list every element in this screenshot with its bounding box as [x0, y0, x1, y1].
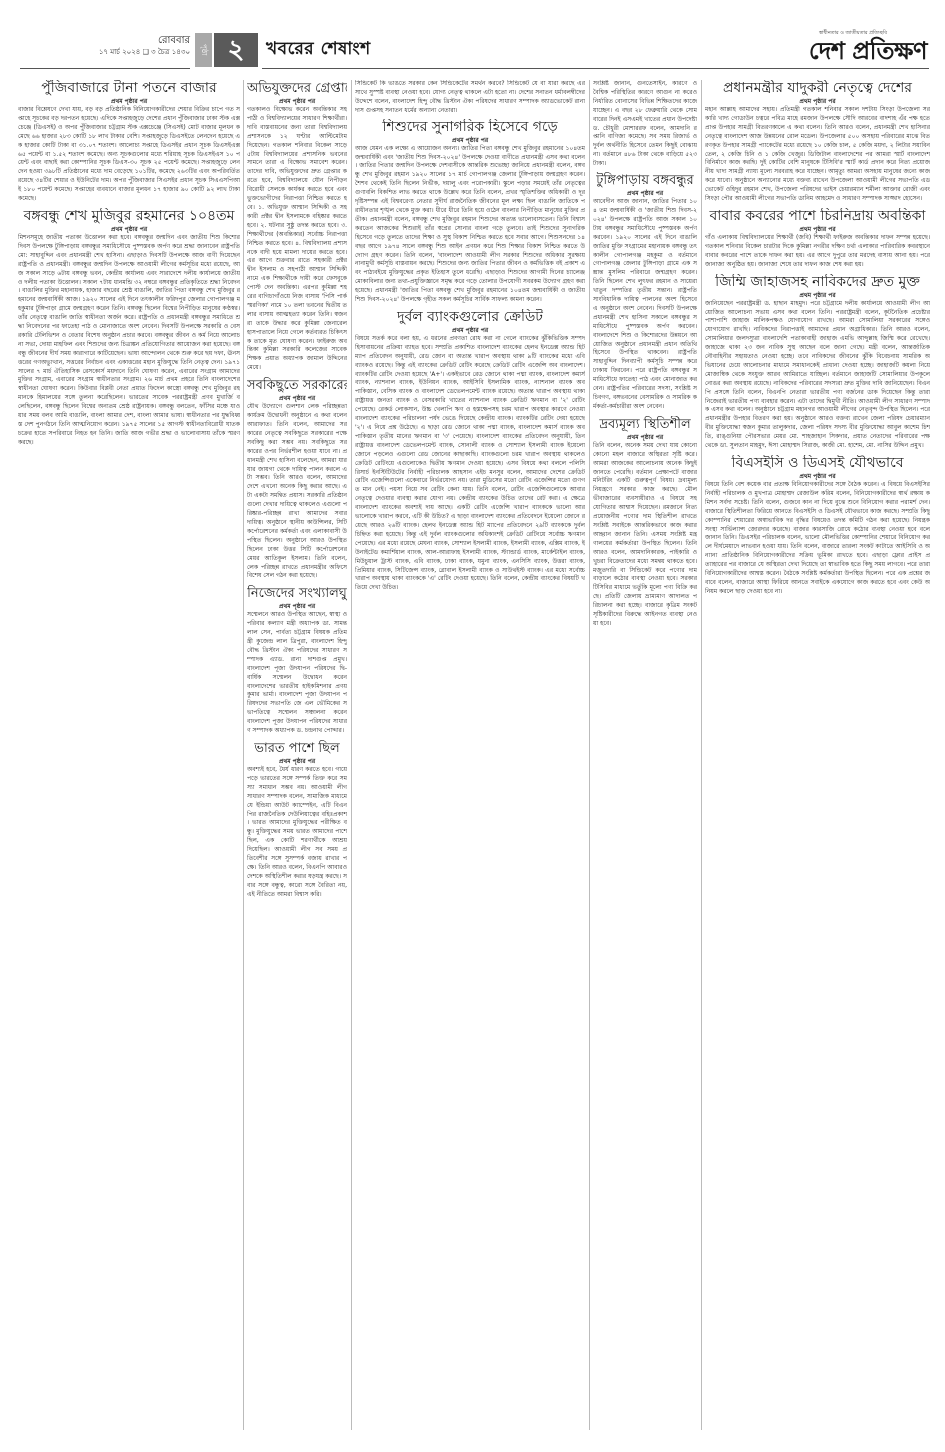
article-body: যৌথ উদ্যোগে গুলশান লেক পরিচ্ছন্নতা কার্য…: [247, 403, 347, 581]
continued-from-label: প্রথম পৃষ্ঠার পর: [355, 326, 585, 335]
article-pm-leadership: প্রধানমন্ত্রীর যাদুকরী নেতৃত্বে দেশের প্…: [705, 80, 930, 204]
continued-from-label: প্রথম পৃষ্ঠার পর: [18, 225, 240, 234]
section-title: খবরের শেষাংশ: [266, 36, 371, 64]
article-continuation: সিন্ডিকেট কি ভাঙতে সরকার কেন সিন্ডিকেটের…: [355, 80, 585, 116]
continued-from-label: প্রথম পৃষ্ঠার পর: [18, 97, 240, 106]
headline: ভারত পাশে ছিল: [247, 740, 347, 757]
article-hostage-ship: জিম্মি জাহাজসহ নাবিকদের দ্রুত মুক্ত প্রথ…: [705, 274, 930, 451]
headline: নিজেদের সংখ্যালঘু: [247, 585, 347, 602]
article-body: তিনি বলেন, অনেক সময় দেখা যায় কোনো কোনো…: [593, 442, 697, 629]
continued-from-label: প্রথম পৃষ্ঠার পর: [593, 189, 697, 198]
article-minority: নিজেদের সংখ্যালঘু প্রথম পৃষ্ঠার পর সম্মে…: [247, 585, 347, 736]
article-body: মহান আল্লাহ আমাদের সহায়। প্রতিমন্ত্রী গ…: [705, 106, 930, 204]
page-number-badge: পৃষ্ঠা ২: [195, 33, 258, 67]
article-body: বিষয়ে সতর্ক করে বলা হয়, এ ধরনের প্রবণত…: [355, 335, 585, 593]
continued-from-label: প্রথম পৃষ্ঠার পর: [705, 472, 930, 481]
article-india-beside: ভারত পাশে ছিল প্রথম পৃষ্ঠার পর অবশ্যই হব…: [247, 740, 347, 900]
article-bangabandhu-104: বঙ্গবন্ধু শেখ মুজিবুর রহমানের ১০৪তম প্রথ…: [18, 208, 240, 448]
continued-from-label: প্রথম পৃষ্ঠার পর: [247, 602, 347, 611]
article-body: জানিয়েছেন পররাষ্ট্রমন্ত্রী ড. হাছান মাহ…: [705, 300, 930, 451]
column-middle: সিন্ডিকেট কি ভাঙতে সরকার কেন সিন্ডিকেটের…: [355, 80, 585, 1440]
headline: দ্রব্যমূল্য স্থিতিশীল: [593, 416, 697, 433]
column-left: পুঁজিবাজারে টানা পতনে বাজার প্রথম পৃষ্ঠা…: [18, 80, 240, 1440]
headline: টুঙ্গিপাড়ায় বঙ্গবন্ধুর: [593, 172, 697, 189]
headline: পুঁজিবাজারে টানা পতনে বাজার: [18, 80, 240, 97]
article-body: মিশনসমূহে জাতীয় পতাকা উত্তোলন করা হবে। …: [18, 234, 240, 448]
headline: প্রধানমন্ত্রীর যাদুকরী নেতৃত্বে দেশের: [705, 80, 930, 97]
column-divider: [701, 80, 702, 1430]
continued-from-label: প্রথম পৃষ্ঠার পর: [705, 225, 930, 234]
article-weak-banks-credit: দুর্বল ব্যাংকগুলোর ক্রেডিট প্রথম পৃষ্ঠার…: [355, 309, 585, 593]
headline: বঙ্গবন্ধু শেখ মুজিবুর রহমানের ১০৪তম: [18, 208, 240, 225]
column-3: অভিযুক্তদের গ্রেপ্তারে প্রথম পৃষ্ঠার পর …: [247, 80, 347, 1440]
masthead: রোববার ১৭ মার্চ ২০২৪ ❑ ৩ চৈত্র ১৪৩০ পৃষ্…: [0, 30, 945, 70]
headline: শিশুদের সুনাগরিক হিসেবে গড়ে: [355, 119, 585, 136]
headline: বাবার কবরের পাশে চিরনিদ্রায় অবন্তিকা: [705, 208, 930, 225]
article-body: অবশ্যই হবে, ধৈর্য ধারণ করতে হবে। গায়ে প…: [247, 766, 347, 900]
continued-from-label: প্রথম পৃষ্ঠার পর: [705, 291, 930, 300]
continued-from-label: প্রথম পৃষ্ঠার পর: [705, 97, 930, 106]
article-bsec-dse: বিএসইসি ও ডিএসই যৌথভাবে প্রথম পৃষ্ঠার পর…: [705, 455, 930, 597]
column-divider: [243, 80, 244, 1430]
article-body: বিষয়ে তিনি বেশ কয়েক বার প্রত্যক্ষ বিনি…: [705, 481, 930, 597]
issue-date-block: রোববার ১৭ মার্চ ২০২৪ ❑ ৩ চৈত্র ১৪৩০: [60, 34, 190, 58]
article-body: সম্মেলনে আরও উপস্থিত আছেন, স্বাস্থ্য ও প…: [247, 611, 347, 736]
continued-from-label: প্রথম পৃষ্ঠার পর: [247, 97, 347, 106]
masthead-divider: [262, 68, 929, 69]
issue-date: ১৭ মার্চ ২০২৪ ❑ ৩ চৈত্র ১৪৩০: [60, 47, 190, 58]
page-label: পৃষ্ঠা: [195, 33, 212, 67]
article-body: বাজার বিশ্লেষণে দেখা যায়, বড় বড় প্রতি…: [18, 106, 240, 204]
column-5: সংশ্লিষ্ট জানান, গুনতেসাইন, কারণে ও বৈশ্…: [593, 80, 697, 1440]
headline: অভিযুক্তদের গ্রেপ্তারে: [247, 80, 347, 97]
article-body: গতকালও বিক্ষোভ করেন অবন্তিকার সহপাঠী ও ব…: [247, 106, 347, 373]
continued-from-label: প্রথম পৃষ্ঠার পর: [593, 433, 697, 442]
newspaper-logo: স্বাধীনতার ও জাতীয়তার প্রতিচ্ছবি দেশ প্…: [809, 30, 927, 65]
newspaper-name: দেশ প্রতিক্ষণ: [809, 37, 927, 65]
article-abantika-burial: বাবার কবরের পাশে চিরনিদ্রায় অবন্তিকা প্…: [705, 208, 930, 270]
headline: জিম্মি জাহাজসহ নাবিকদের দ্রুত মুক্ত: [705, 274, 930, 291]
article-government-everything: সবকিছুতে সরকারের প্রথম পৃষ্ঠার পর যৌথ উদ…: [247, 377, 347, 581]
article-body: গাঁও এলাকায় বিশ্ববিদ্যালয়ের শিক্ষার্থী…: [705, 234, 930, 270]
article-continuation: সংশ্লিষ্ট জানান, গুনতেসাইন, কারণে ও বৈশ্…: [593, 80, 697, 169]
article-stock-market: পুঁজিবাজারে টানা পতনে বাজার প্রথম পৃষ্ঠা…: [18, 80, 240, 204]
continued-from-label: প্রথম পৃষ্ঠার পর: [247, 757, 347, 766]
headline: বিএসইসি ও ডিএসই যৌথভাবে: [705, 455, 930, 472]
article-body: আবেদীন আজ জানান, জাতির পিতার ১০৪ তম জন্ম…: [593, 198, 697, 412]
column-divider: [589, 80, 590, 1430]
column-right: প্রধানমন্ত্রীর যাদুকরী নেতৃত্বে দেশের প্…: [705, 80, 930, 1440]
article-tungipara: টুঙ্গিপাড়ায় বঙ্গবন্ধুর প্রথম পৃষ্ঠার প…: [593, 172, 697, 412]
article-children-citizens: শিশুদের সুনাগরিক হিসেবে গড়ে প্রথম পৃষ্ঠ…: [355, 119, 585, 305]
continued-from-label: প্রথম পৃষ্ঠার পর: [355, 136, 585, 145]
issue-day: রোববার: [60, 34, 190, 47]
article-arrest-accused: অভিযুক্তদের গ্রেপ্তারে প্রথম পৃষ্ঠার পর …: [247, 80, 347, 373]
masthead-divider: [20, 68, 190, 69]
headline: সবকিছুতে সরকারের: [247, 377, 347, 394]
article-prices-stable: দ্রব্যমূল্য স্থিতিশীল প্রথম পৃষ্ঠার পর ত…: [593, 416, 697, 629]
headline: দুর্বল ব্যাংকগুলোর ক্রেডিট: [355, 309, 585, 326]
page-number: ২: [214, 33, 258, 67]
column-divider: [351, 80, 352, 1430]
continued-from-label: প্রথম পৃষ্ঠার পর: [247, 394, 347, 403]
article-body: আজ যেমন এক লক্ষ্যে এ আয়োজন অনন্য। জাতির…: [355, 145, 585, 305]
